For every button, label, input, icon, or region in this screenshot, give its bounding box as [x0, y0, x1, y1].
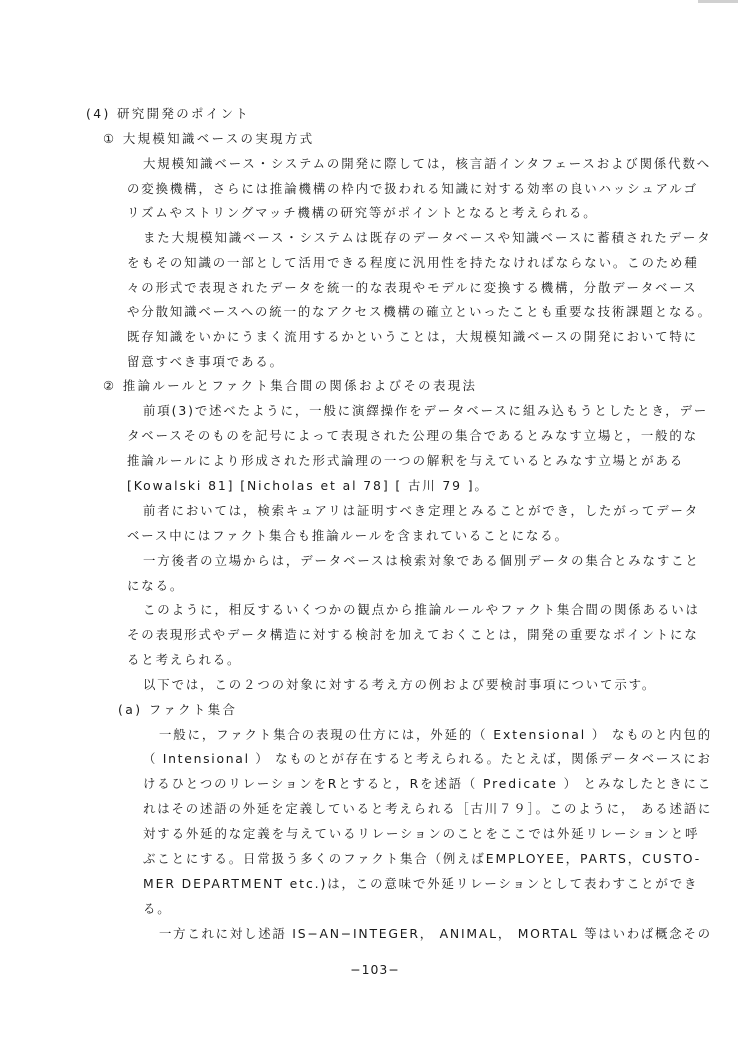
- text-line: れはその述語の外延を定義していると考えられる［古川７９］。このように， ある述語…: [143, 801, 712, 817]
- text-line: 前者においては，検索キュアリは証明すべき定理とみることができ，したがってデータ: [143, 503, 699, 519]
- text-line: 以下では，この２つの対象に対する考え方の例および要検討事項について示す。: [143, 677, 656, 693]
- section-heading: (a) ファクト集合: [118, 702, 237, 718]
- text-line: ぶことにする。日常扱う多くのファクト集合（例えばEMPLOYEE，PARTS，C…: [143, 851, 701, 867]
- text-line: 留意すべき事項である。: [127, 354, 284, 370]
- text-line: けるひとつのリレーションをRとすると，Rを述語（ Predicate ） とみな…: [143, 776, 712, 792]
- text-line: （ Intensional ） なものとが存在すると考えられる。たとえば，関係デ…: [143, 751, 712, 767]
- text-line: また大規模知識ベース・システムは既存のデータベースや知識ベースに蓄積されたデータ: [143, 230, 712, 246]
- text-line: 前項(3)で述べたように，一般に演繹操作をデータベースに組み込もうとしたとき，デ…: [143, 403, 708, 419]
- text-line: る。: [143, 901, 172, 917]
- text-line: ベース中にはファクト集合も推論ルールを含まれていることになる。: [127, 528, 569, 544]
- text-line: の変換機構，さらには推論機構の枠内で扱われる知識に対する効率の良いハッシュアルゴ: [127, 181, 698, 197]
- text-line: その表現形式やデータ構造に対する検討を加えておくことは，開発の重要なポイントにな: [127, 627, 699, 643]
- section-heading: (4) 研究開発のポイント: [86, 106, 250, 122]
- document-page: (4) 研究開発のポイント① 大規模知識ベースの実現方式大規模知識ベース・システ…: [0, 0, 750, 1054]
- text-line: 推論ルールにより形成された形式論理の一つの解釈を与えているとみなす立場とがある: [127, 453, 684, 469]
- section-heading: ① 大規模知識ベースの実現方式: [103, 131, 315, 147]
- text-line: 大規模知識ベース・システムの開発に際しては，核言語インタフェースおよび関係代数へ: [143, 156, 711, 172]
- text-line: をもその知識の一部として活用できる程度に汎用性を持たなければならない。このため種: [127, 255, 699, 271]
- text-line: 々の形式で表現されたデータを統一的な表現やモデルに変換する機構，分散データベース: [127, 280, 697, 296]
- text-line: になる。: [127, 578, 184, 594]
- text-line: [Kowalski 81] [Nicholas et al 78] [ 古川 7…: [127, 478, 489, 494]
- scan-mark: [698, 0, 738, 3]
- text-line: このように，相反するいくつかの観点から推論ルールやファクト集合間の関係あるいは: [143, 602, 700, 618]
- text-line: ると考えられる。: [127, 652, 241, 668]
- section-heading: ② 推論ルールとファクト集合間の関係およびその表現法: [103, 378, 477, 394]
- page-number: −103−: [0, 962, 750, 977]
- text-line: 対する外延的な定義を与えているリレーションのことをここでは外延リレーションと呼: [143, 826, 699, 842]
- text-line: や分散知識ベースへの統一的なアクセス機構の確立といったことも重要な技術課題となる…: [127, 304, 712, 320]
- text-line: リズムやストリングマッチ機構の研究等がポイントとなると考えられる。: [127, 205, 598, 221]
- text-line: 一方後者の立場からは，データベースは検索対象である個別データの集合とみなすこと: [143, 553, 700, 569]
- text-line: 一方これに対し述語 IS−AN−INTEGER， ANIMAL， MORTAL …: [159, 926, 712, 942]
- text-line: 一般に，ファクト集合の表現の仕方には，外延的（ Extensional ） なも…: [159, 727, 712, 743]
- text-line: タベースそのものを記号によって表現された公理の集合であるとみなす立場と，一般的な: [127, 428, 698, 444]
- text-line: MER DEPARTMENT etc.)は，この意味で外延リレーションとして表わ…: [143, 876, 698, 892]
- text-line: 既存知識をいかにうまく流用するかということは，大規模知識ベースの開発において特に: [127, 329, 698, 345]
